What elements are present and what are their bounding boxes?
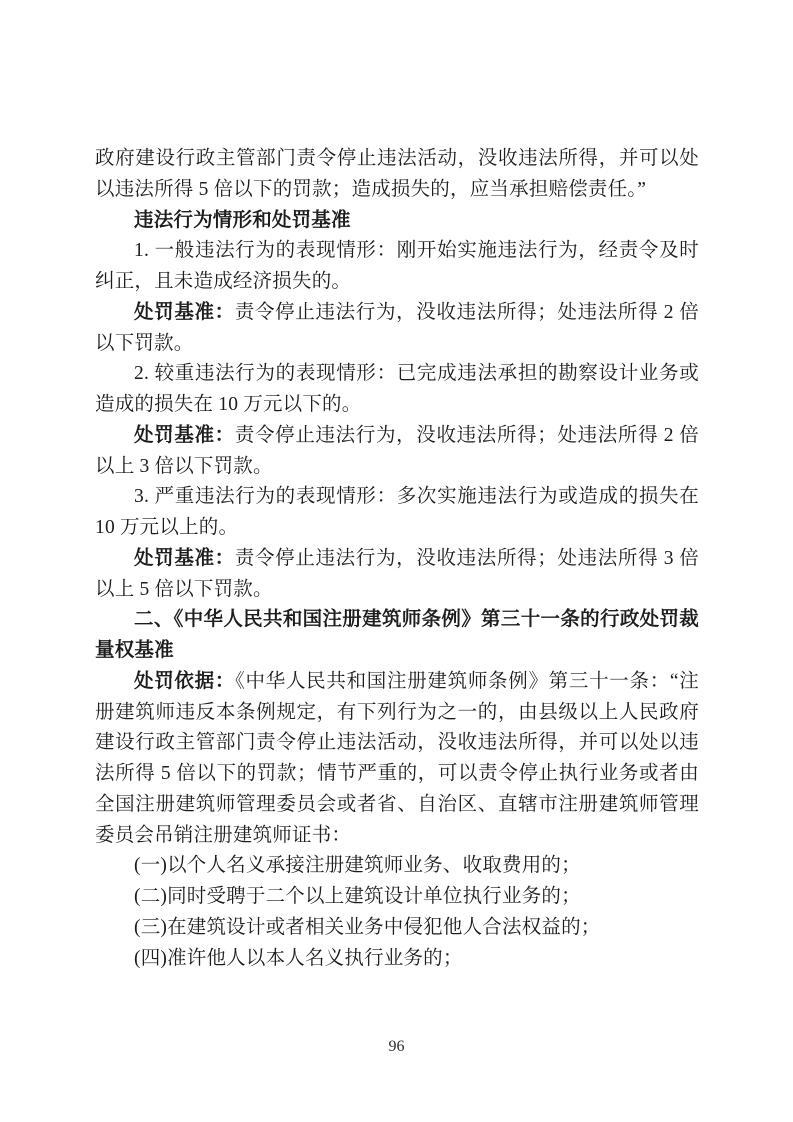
paragraph-penalty-legal-basis: 处罚依据：《中华人民共和国注册建筑师条例》第三十一条：“注册建筑师违反本条例规定… (95, 667, 699, 852)
page-number: 96 (0, 1036, 793, 1058)
penalty-legal-basis-text: 《中华人民共和国注册建筑师条例》第三十一条：“注册建筑师违反本条例规定，有下列行… (95, 671, 699, 846)
paragraph-moderate-violation: 2. 较重违法行为的表现情形：已完成违法承担的勘察设计业务或造成的损失在 10 … (95, 359, 699, 421)
section-subheading-penalty-criteria: 违法行为情形和处罚基准 (95, 206, 699, 237)
list-item-2: (二)同时受聘于二个以上建筑设计单位执行业务的； (95, 882, 699, 913)
paragraph-general-violation: 1. 一般违法行为的表现情形：刚开始实施违法行为，经责令及时纠正，且未造成经济损… (95, 236, 699, 298)
paragraph-severe-violation: 3. 严重违法行为的表现情形：多次实施违法行为或造成的损失在 10 万元以上的。 (95, 482, 699, 544)
paragraph-continuation: 政府建设行政主管部门责令停止违法活动，没收违法所得，并可以处以违法所得 5 倍以… (95, 144, 699, 206)
paragraph-penalty-basis-3: 处罚基准：责令停止违法行为，没收违法所得；处违法所得 3 倍以上 5 倍以下罚款… (95, 544, 699, 606)
list-item-4: (四)准许他人以本人名义执行业务的； (95, 944, 699, 975)
document-page: 政府建设行政主管部门责令停止违法活动，没收违法所得，并可以处以违法所得 5 倍以… (0, 0, 793, 1122)
penalty-basis-label: 处罚基准： (134, 302, 235, 323)
paragraph-penalty-basis-2: 处罚基准：责令停止违法行为，没收违法所得；处违法所得 2 倍以上 3 倍以下罚款… (95, 421, 699, 483)
document-body: 政府建设行政主管部门责令停止违法活动，没收违法所得，并可以处以违法所得 5 倍以… (95, 144, 699, 974)
penalty-legal-basis-label: 处罚依据： (134, 671, 235, 692)
paragraph-penalty-basis-1: 处罚基准：责令停止违法行为，没收违法所得；处违法所得 2 倍以下罚款。 (95, 298, 699, 360)
list-item-1: (一)以个人名义承接注册建筑师业务、收取费用的； (95, 851, 699, 882)
penalty-basis-label: 处罚基准： (134, 425, 235, 446)
list-item-3: (三)在建筑设计或者相关业务中侵犯他人合法权益的； (95, 913, 699, 944)
penalty-basis-label: 处罚基准： (134, 548, 235, 569)
section-heading-article-31: 二、《中华人民共和国注册建筑师条例》第三十一条的行政处罚裁量权基准 (95, 605, 699, 667)
